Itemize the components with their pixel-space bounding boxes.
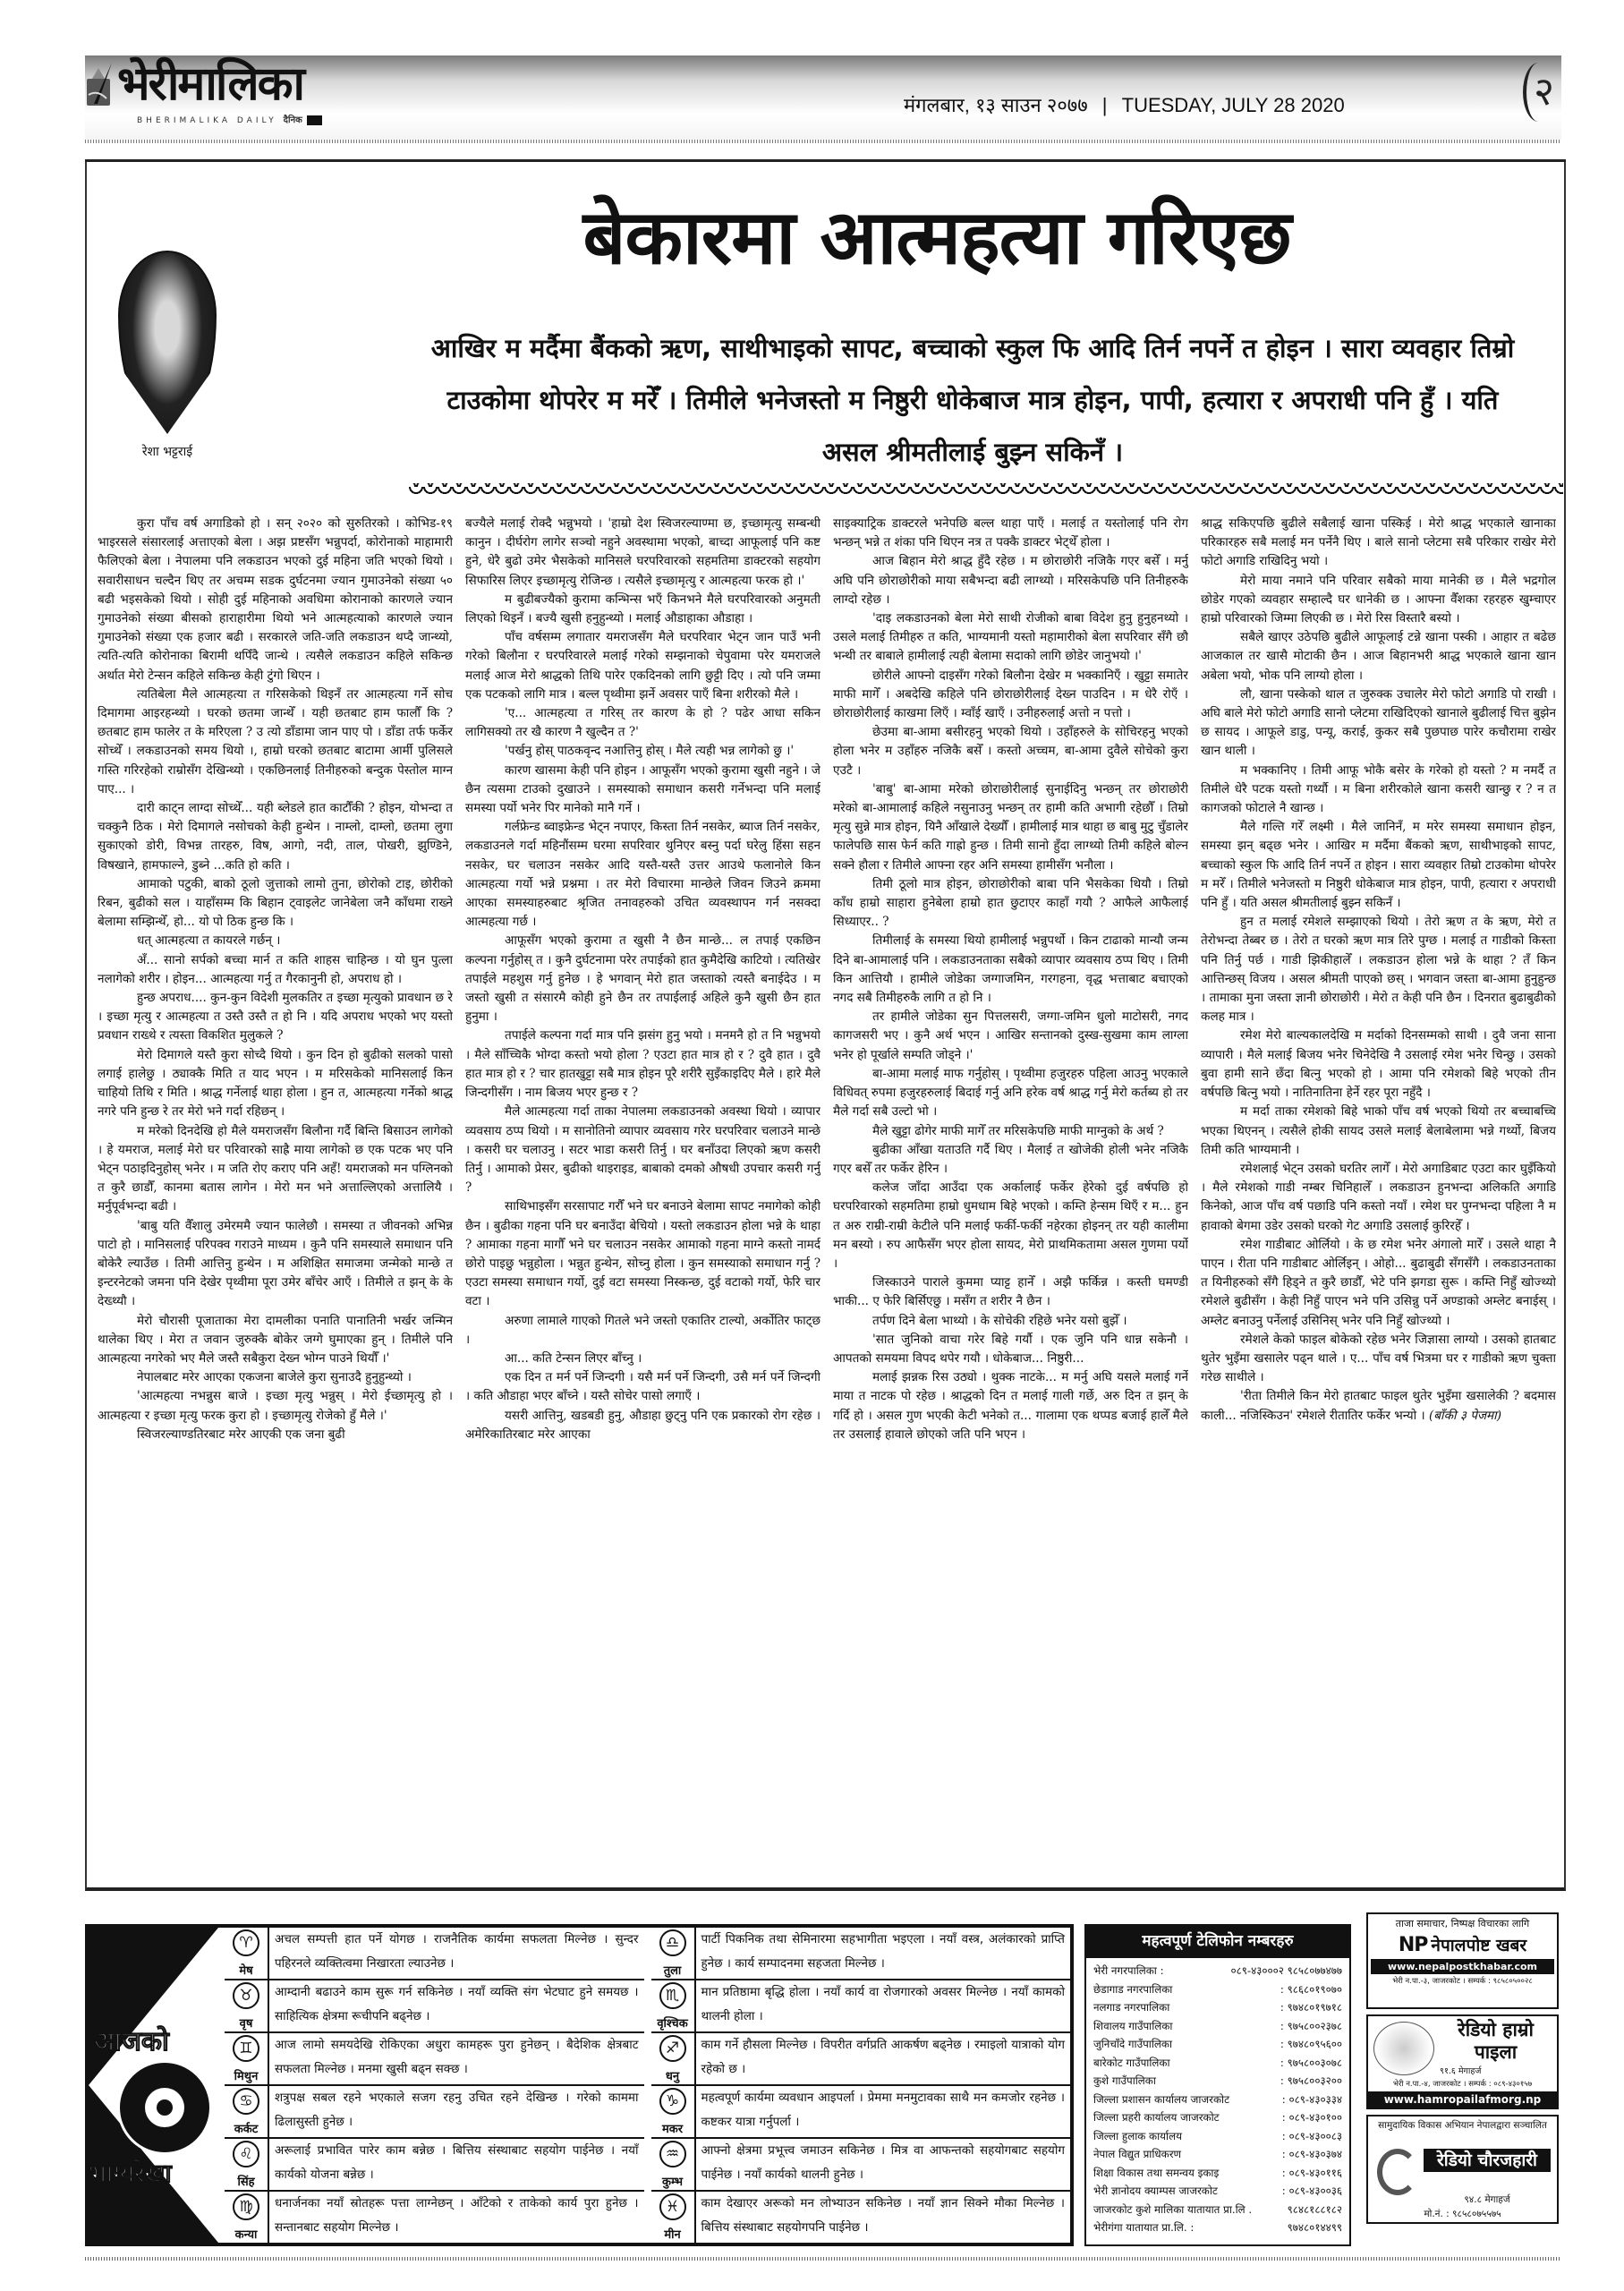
article-headline: बेकारमा आत्महत्या गरिएछ: [445, 188, 1429, 286]
article-paragraph: 'आत्महत्या नभन्नुस बाजे । इच्छा मृत्यु भ…: [98, 1387, 453, 1425]
phone-row: भेरी नगरपालिका : ०८९-४३०००२ ९८५८०७७४७७: [1093, 1962, 1342, 1980]
phone-number[interactable]: ९८४८१८८१८२: [1288, 2201, 1342, 2219]
sign-label: ♊ मिथुन: [225, 2033, 269, 2084]
sign-name: कन्या: [235, 2228, 258, 2242]
article-paragraph: 'दाइ लकडाउनको बेला मेरो साथी रोजीको बाबा…: [833, 609, 1188, 667]
author-photo: [118, 251, 217, 434]
horoscope-row: ♒ कुम्भ आफ्नो क्षेत्रमा प्रभूत्त्व जमाउन…: [651, 2139, 1071, 2192]
phone-row: जिल्ला प्रशासन कार्यालय जाजरकोट : ०८९-४३…: [1093, 2091, 1342, 2109]
article-paragraph: रमेशलाई भेट्न उसको घरतिर लागेँ । मेरो अग…: [1201, 1160, 1556, 1236]
sign-label: ♈ मेष: [225, 1928, 269, 1979]
phone-row: भेरीगंगा यातायात प्रा.लि. : ९७४८०१४४९९: [1093, 2219, 1342, 2237]
article-paragraph: रमेश मेरो बाल्यकालदेखि म मर्दाको दिनसम्म…: [1201, 1026, 1556, 1103]
article-paragraph: छोरीले आफ्नो दाइसँग गरेको बिलौना देखेर म…: [833, 667, 1188, 724]
sign-prediction: अचल सम्पत्ती हात पर्ने योगछ । राजनैतिक क…: [269, 1928, 644, 1979]
horoscope-row: ♐ धनु काम गर्ने हौसला मिल्नेछ । विपरीत व…: [651, 2033, 1071, 2086]
sign-name: वृश्चिक: [657, 2017, 687, 2031]
fish-icon: ♓: [659, 2193, 686, 2220]
article-paragraph: धत् आत्महत्या त कायरले गर्छन् ।: [98, 932, 453, 950]
horoscope-row: ♌ सिंह अरूलाई प्रभावित पारेर काम बन्नेछ …: [225, 2139, 644, 2192]
ad-radio-hamro-paila[interactable]: रेडियो हाम्रो पाइला ९१.६ मेगाहर्ज भेरी न…: [1366, 2014, 1559, 2109]
crab-icon: ♋: [233, 2088, 259, 2115]
phone-number[interactable]: ०८९-४३०००२ ९८५८०७७४७७: [1230, 1962, 1342, 1980]
phone-row: कुशे गाउँपालिका : ९७५८००३२००: [1093, 2072, 1342, 2091]
logo-subtitle: BHERIMALIKA DAILY दैनिक: [137, 113, 322, 125]
article-paragraph: श्राद्ध सकिएपछि बुढीले सबैलाई खाना पस्कि…: [1201, 515, 1556, 572]
horoscope-row: ♊ मिथुन आज लामो समयदेखि रोकिएका अधुरा का…: [225, 2033, 644, 2086]
phone-office-name: जुनिचाँदे गाउँपालिका: [1093, 2035, 1172, 2054]
horoscope-row: ♍ कन्या धनार्जनका नयाँ स्रोतहरू पत्ता ला…: [225, 2192, 644, 2243]
phone-row: नेपाल विद्युत प्राधिकरण : ०८९-४३०३७४: [1093, 2145, 1342, 2164]
sign-label: ♐ धनु: [651, 2033, 696, 2084]
article-paragraph: गर्लफ्रेन्ड ब्वाइफ्रेन्ड भेट्न नपाएर, कि…: [465, 818, 821, 932]
article-paragraph: 'ए... आत्महत्या त गरिस् तर कारण के हो ? …: [465, 704, 821, 742]
phone-number[interactable]: : ९७४८०१९७१८: [1280, 1998, 1342, 2017]
sign-prediction: पार्टी पिकनिक तथा सेमिनारमा सहभागीता भइए…: [696, 1928, 1071, 1979]
sign-label: ♑ मकर: [651, 2086, 696, 2137]
lion-icon: ♌: [233, 2141, 259, 2168]
bull-icon: ♉: [233, 1982, 259, 2009]
article-paragraph: म बुढीबज्यैको कुरामा कन्भिन्स भएँ किनभने…: [465, 591, 821, 628]
sign-name: सिंह: [237, 2176, 254, 2189]
phone-row: बारेकोट गाउँपालिका : ९७५८००३०७८: [1093, 2054, 1342, 2073]
article-paragraph: मेरो माया नमाने पनि परिवार सबैको माया मा…: [1201, 572, 1556, 629]
phone-number[interactable]: : ९८६८०१९०७०: [1280, 1980, 1342, 1999]
article-paragraph: आ... कति टेन्सन लिएर बाँच्नु ।: [465, 1350, 821, 1368]
article-column-3: साइक्याट्रिक डाक्टरले भनेपछि बल्ल थाहा प…: [833, 515, 1188, 1884]
article-paragraph: कलेज जाँदा आउँदा एक अर्कालाई फर्केर हेरे…: [833, 1179, 1188, 1273]
phone-number[interactable]: : ९७४८०९५६००: [1280, 2035, 1342, 2054]
sign-name: कर्कट: [234, 2123, 259, 2136]
phone-number[interactable]: : ०८९-४३००८३: [1282, 2127, 1342, 2146]
article-paragraph: मेरो दिमागले यस्तै कुरा सोच्दै थियो । कु…: [98, 1046, 453, 1122]
article-paragraph: नेपालबाट मरेर आएका एकजना बाजेले कुरा सुन…: [98, 1368, 453, 1387]
phone-number[interactable]: : ०८९-४३०३७४: [1282, 2145, 1342, 2164]
advertisements: ताजा समाचार, निष्पक्ष विचारका लागि NP ने…: [1366, 1912, 1559, 2229]
article-paragraph: कारण खासमा केही पनि होइन । आफूसँग भएको क…: [465, 762, 821, 819]
sign-label: ♎ तुला: [651, 1928, 696, 1979]
article-paragraph: मेरो चौरासी पूजाताका मेरा दामलीका पनाति …: [98, 1312, 453, 1369]
article-paragraph: म भक्कानिए । तिमी आफू भोकै बसेर के गरेको…: [1201, 762, 1556, 819]
phone-number[interactable]: : ९७५८००२३७८: [1280, 2017, 1342, 2036]
article-paragraph: तिमी ठूलो मात्र होइन, छोराछोरीको बाबा पन…: [833, 875, 1188, 933]
ad-nepalpost-khabar[interactable]: ताजा समाचार, निष्पक्ष विचारका लागि NP ने…: [1366, 1912, 1559, 2009]
twins-icon: ♊: [233, 2035, 259, 2062]
horoscope-row: ♉ वृष आम्दानी बढाउने काम सुरू गर्न सकिने…: [225, 1980, 644, 2033]
article: रेशा भट्टराई बेकारमा आत्महत्या गरिएछ आखि…: [85, 159, 1566, 1891]
hands-crescent-logo-icon: [1377, 2149, 1418, 2195]
phone-row: जिल्ला हुलाक कार्यालय : ०८९-४३००८३: [1093, 2127, 1342, 2146]
horoscope-column-left: ♈ मेष अचल सम्पत्ती हात पर्ने योगछ । राजन…: [225, 1928, 644, 2243]
horoscope-row: ♓ मीन काम देखाएर अरूको मन लोभ्याउन सकिने…: [651, 2192, 1071, 2243]
ad-organization: सामुदायिक विकास अभियान नेपालद्वारा सञ्चा…: [1371, 2119, 1554, 2132]
article-paragraph: हुन्छ अपराध.... कुन-कुन विदेशी मुलकतिर त…: [98, 989, 453, 1046]
sign-label: ♍ कन्या: [225, 2192, 269, 2243]
logo-subtitle-en: BHERIMALIKA DAILY: [137, 116, 277, 125]
article-deck: आखिर म मर्दैमा बैंकको ऋण, साथीभाइको सापट…: [422, 322, 1523, 478]
horoscope-row: ♑ मकर महत्वपूर्ण कार्यमा व्यवधान आइपर्ला…: [651, 2086, 1071, 2139]
phone-row: शिक्षा विकास तथा समन्वय इकाइ : ०८९-४३०११…: [1093, 2164, 1342, 2183]
goat-icon: ♑: [659, 2088, 686, 2115]
np-logo-icon: NP: [1399, 1934, 1428, 1956]
important-phone-numbers: महत्वपूर्ण टेलिफोन नम्बरहरु भेरी नगरपालि…: [1084, 1924, 1351, 2246]
article-paragraph: बुढीका आँखा यताउति गर्दै थिए । मैलाई त ख…: [833, 1141, 1188, 1179]
ad-radio-frequency: ९१.६ मेगाहर्ज: [1440, 2065, 1481, 2076]
article-paragraph: मैले गल्ति गरेँ लक्ष्मी । मैले जानिनँ, म…: [1201, 818, 1556, 913]
phone-office-name: नलगाड नगरपालिका: [1093, 1998, 1169, 2017]
ad-radio-frequency: ९४.८ मेगाहर्ज: [1424, 2193, 1551, 2206]
sign-prediction: मान प्रतिष्ठामा बृद्धि होला । नयाँ कार्य…: [696, 1980, 1071, 2031]
ad-url[interactable]: www.nepalpostkhabar.com: [1371, 1959, 1554, 1974]
article-paragraph: मैले खुट्टा ढोगेर माफी मागेँ तर मरिसकेपछ…: [833, 1122, 1188, 1141]
sign-name: मीन: [664, 2228, 680, 2242]
article-body: कुरा पाँच वर्ष अगाडिको हो । सन् २०२० को …: [98, 515, 1556, 1884]
phone-number[interactable]: : ९७५८००३०७८: [1280, 2054, 1342, 2073]
horoscope-grid: ♈ मेष अचल सम्पत्ती हात पर्ने योगछ । राजन…: [225, 1928, 1070, 2243]
horoscope-title-line2: भाग्यरेखा: [89, 2156, 172, 2190]
sign-name: वृष: [240, 2017, 253, 2031]
sign-label: ♉ वृष: [225, 1980, 269, 2031]
article-paragraph: आमाको पटुकी, बाको ठूलो जुत्ताको लामो तुन…: [98, 875, 453, 933]
phone-row: भेरी ज्ञानोदय क्याम्पस जाजरकोट : ०८९-४३०…: [1093, 2182, 1342, 2201]
article-paragraph: म मर्दा ताका रमेशको बिहे भाको पाँच वर्ष …: [1201, 1103, 1556, 1160]
ad-brand-name: नेपालपोष्ट खबर: [1431, 1933, 1526, 1956]
article-paragraph: मैले आत्महत्या गर्दा ताका नेपालमा लकडाउन…: [465, 1103, 821, 1197]
phone-number[interactable]: : ९७५८००३२००: [1280, 2072, 1342, 2091]
article-paragraph: तर्पण दिने बेला भाथ्यो । के सोचेकी रहिछे…: [833, 1312, 1188, 1331]
sign-name: मिथुन: [234, 2070, 259, 2083]
sign-name: मेष: [239, 1964, 252, 1978]
page-number: २: [1523, 63, 1554, 122]
article-paragraph: बज्यैले मलाई रोक्दै भन्नुभयो । 'हाम्रो द…: [465, 515, 821, 591]
author-byline: रेशा भट्टराई: [118, 443, 217, 460]
article-paragraph: एक दिन त मर्न पर्ने जिन्दगी । यसै मर्न प…: [465, 1368, 821, 1406]
archer-icon: ♐: [659, 2035, 686, 2062]
phone-office-name: शिवालय गाउँपालिका: [1093, 2017, 1172, 2036]
radio-map-logo-icon: [1373, 2022, 1434, 2075]
phone-number[interactable]: : ०८९-४३००३६: [1282, 2182, 1342, 2201]
masthead: भेरीमालिका BHERIMALIKA DAILY दैनिक मंगलब…: [85, 55, 1561, 140]
sign-name: धनु: [666, 2070, 679, 2083]
phone-office-name: छेडागाड नगरपालिका: [1093, 1980, 1172, 1999]
sign-name: मकर: [662, 2123, 683, 2136]
article-paragraph: तिमीलाई के समस्या थियो हामीलाई भन्नुपर्थ…: [833, 932, 1188, 1008]
ad-address: भेरी न.पा.-३, जाजरकोट । सम्पर्क : ९८५८०५…: [1371, 1976, 1554, 1986]
phone-office-name: जिल्ला हुलाक कार्यालय: [1093, 2127, 1182, 2146]
article-paragraph: साइक्याट्रिक डाक्टरले भनेपछि बल्ल थाहा प…: [833, 515, 1188, 552]
horoscope-row: ♏ वृश्चिक मान प्रतिष्ठामा बृद्धि होला । …: [651, 1980, 1071, 2033]
sign-label: ♋ कर्कट: [225, 2086, 269, 2137]
article-paragraph: आफूसँग भएको कुरामा त खुसी नै छैन मान्छे.…: [465, 932, 821, 1026]
logo-subtitle-np: दैनिक: [284, 115, 322, 125]
article-paragraph: मलाई झन्नक रिस उठ्यो । थुक्क नाटके... म …: [833, 1368, 1188, 1444]
water-bearer-icon: ♒: [659, 2141, 686, 2168]
phone-office-name: बारेकोट गाउँपालिका: [1093, 2054, 1170, 2073]
logo-title: भेरीमालिका: [117, 57, 303, 111]
horoscope-title-line1: आजको: [94, 2022, 169, 2058]
article-paragraph: आज बिहान मेरो श्राद्ध हुँदै रहेछ । म छोर…: [833, 552, 1188, 609]
phone-office-name: भेरी ज्ञानोदय क्याम्पस जाजरकोट: [1093, 2182, 1218, 2201]
scorpion-icon: ♏: [659, 1982, 686, 2009]
sign-name: तुला: [664, 1964, 682, 1978]
article-paragraph: त्यतिबेला मैले आत्महत्या त गरिसकेको थिइन…: [98, 686, 453, 799]
article-paragraph: तपाईले कल्पना गर्दा मात्र पनि झसंग हुनु …: [465, 1026, 821, 1103]
article-paragraph: रमेशले केको फाइल बोकेको रहेछ भनेर जिज्ञा…: [1201, 1331, 1556, 1388]
sign-name: कुम्भ: [662, 2176, 683, 2189]
phone-office-name: भेरीगंगा यातायात प्रा.लि. :: [1093, 2219, 1194, 2237]
horoscope-row: ♈ मेष अचल सम्पत्ती हात पर्ने योगछ । राजन…: [225, 1928, 644, 1980]
ad-brand: NP नेपालपोष्ट खबर: [1371, 1933, 1554, 1956]
sign-prediction: धनार्जनका नयाँ स्रोतहरू पत्ता लाग्नेछन् …: [269, 2192, 644, 2243]
wave-divider: [409, 483, 1563, 496]
horoscope-row: ♎ तुला पार्टी पिकनिक तथा सेमिनारमा सहभाग…: [651, 1928, 1071, 1980]
ad-address: भेरी न.पा.-४, जाजरकोट । सम्पर्क : ०८९-४३…: [1371, 2079, 1554, 2089]
ad-radio-name: रेडियो हाम्रो पाइला: [1440, 2019, 1552, 2064]
phone-office-name: जिल्ला प्रशासन कार्यालय जाजरकोट: [1093, 2091, 1229, 2109]
article-column-1: कुरा पाँच वर्ष अगाडिको हो । सन् २०२० को …: [98, 515, 453, 1884]
ad-mobile: मो.नं. : ९८५८०७५५७५: [1368, 2208, 1557, 2220]
continued-note: (बाँकी ३ पेजमा): [1425, 1409, 1501, 1423]
sign-label: ♒ कुम्भ: [651, 2139, 696, 2190]
article-paragraph: 'सात जुनिको वाचा गरेर बिहे गर्यौ । एक जु…: [833, 1331, 1188, 1368]
article-paragraph: तर हामीले जोडेका सुन पित्तलसरी, जग्गा-जम…: [833, 1008, 1188, 1065]
article-paragraph: 'बाबु' बा-आमा मरेको छोराछोरीलाई सुनाईदिन…: [833, 780, 1188, 875]
dateline: मंगलबार, १३ साउन २०७७ | TUESDAY, JULY 28…: [904, 91, 1345, 118]
sign-prediction: आज लामो समयदेखि रोकिएका अधुरा कामहरू पुर…: [269, 2033, 644, 2084]
phone-office-name: नेपाल विद्युत प्राधिकरण: [1093, 2145, 1181, 2164]
article-paragraph: साथिभाइसँग सरसापाट गरौँ भने घर बनाउने बे…: [465, 1197, 821, 1311]
phone-row: शिवालय गाउँपालिका : ९७५८००२३७८: [1093, 2017, 1342, 2036]
article-paragraph: हुन त मलाई रमेशले सम्झाएको थियो । तेरो ऋ…: [1201, 913, 1556, 1026]
phone-number[interactable]: : ०८९-४३०१००: [1282, 2108, 1342, 2127]
sign-label: ♌ सिंह: [225, 2139, 269, 2190]
ad-radio-name: रेडियो चौरजहारी: [1424, 2149, 1551, 2172]
sign-prediction: आम्दानी बढाउने काम सुरू गर्न सकिनेछ । नय…: [269, 1980, 644, 2031]
article-paragraph: 'पर्खनु होस् पाठकवृन्द नआत्तिनु होस् । म…: [465, 742, 821, 761]
scales-icon: ♎: [659, 1929, 686, 1956]
article-paragraph: दारी काट्न लाग्दा सोच्थेँ... यही ब्लेडले…: [98, 799, 453, 875]
phone-number[interactable]: : ०८९-४३०११६: [1282, 2164, 1342, 2183]
ram-icon: ♈: [233, 1929, 259, 1956]
article-paragraph: सबैले खाएर उठेपछि बुढीले आफूलाई टन्ने खा…: [1201, 628, 1556, 686]
horoscope-column-right: ♎ तुला पार्टी पिकनिक तथा सेमिनारमा सहभाग…: [651, 1928, 1071, 2243]
ad-radio-chaurjahari[interactable]: सामुदायिक विकास अभियान नेपालद्वारा सञ्चा…: [1366, 2115, 1559, 2224]
phone-row: जाजरकोट कुशे मालिका यातायात प्रा.लि . ९८…: [1093, 2201, 1342, 2219]
article-paragraph: यसरी आत्तिनु, खडबडी हुनु, औडाहा छुट्नु प…: [465, 1407, 821, 1444]
article-paragraph: म मरेको दिनदेखि हो मैले यमराजसँग बिलौना …: [98, 1122, 453, 1217]
sign-prediction: महत्वपूर्ण कार्यमा व्यवधान आइपर्ला । प्र…: [696, 2086, 1071, 2137]
article-paragraph: बा-आमा मलाई माफ गर्नुहोस् । पृथ्वीमा हजु…: [833, 1065, 1188, 1122]
sign-prediction: शत्रुपक्ष सबल रहने भएकाले सजग रहनु उचित …: [269, 2086, 644, 2137]
article-paragraph: छेउमा बा-आमा बसीरहनु भएको थियो । उहाँहरु…: [833, 723, 1188, 780]
article-paragraph: कुरा पाँच वर्ष अगाडिको हो । सन् २०२० को …: [98, 515, 453, 686]
phones-title: महत्वपूर्ण टेलिफोन नम्बरहरु: [1086, 1926, 1349, 1958]
ad-url[interactable]: www.hamropailafmorg.np: [1368, 2091, 1557, 2108]
zodiac-wheel-icon: [117, 2060, 212, 2155]
date-separator: |: [1102, 94, 1108, 116]
phone-number[interactable]: : ०८९-४३०३३४: [1282, 2091, 1342, 2109]
phone-office-name: भेरी नगरपालिका :: [1093, 1962, 1164, 1980]
article-paragraph: अँ... सानो सर्पको बच्चा मार्न त कति शाहस…: [98, 951, 453, 989]
bottom-rule: [85, 2257, 1561, 2261]
sign-label: ♓ मीन: [651, 2192, 696, 2243]
phone-office-name: जाजरकोट कुशे मालिका यातायात प्रा.लि .: [1093, 2201, 1252, 2219]
article-column-4: श्राद्ध सकिएपछि बुढीले सबैलाई खाना पस्कि…: [1201, 515, 1556, 1884]
sign-prediction: काम गर्ने हौसला मिल्नेछ । विपरीत वर्गप्र…: [696, 2033, 1071, 2084]
article-paragraph: जिस्काउने पाराले कुममा प्याट्ट हानेँ । अ…: [833, 1273, 1188, 1311]
article-paragraph: लौ, खाना पस्केको थाल त जुरुक्क उचालेर मे…: [1201, 686, 1556, 762]
horoscope-section: आजको भाग्यरेखा ♈ मेष अचल सम्पत्ती हात पर…: [85, 1924, 1074, 2246]
article-paragraph: 'बाबु यति वैँशालु उमेरममै ज्यान फालेछौ ।…: [98, 1217, 453, 1312]
sign-prediction: आफ्नो क्षेत्रमा प्रभूत्त्व जमाउन सकिनेछ …: [696, 2139, 1071, 2190]
article-paragraph: 'रीता तिमीले किन मेरो हातबाट फाइल थुतेर …: [1201, 1387, 1556, 1425]
newspaper-logo[interactable]: भेरीमालिका: [85, 57, 303, 111]
phone-office-name: जिल्ला प्रहरी कार्यालय जाजरकोट: [1093, 2108, 1220, 2127]
maiden-icon: ♍: [233, 2193, 259, 2220]
ad-tagline: ताजा समाचार, निष्पक्ष विचारका लागि: [1371, 1917, 1554, 1930]
phone-office-name: शिक्षा विकास तथा समन्वय इकाइ: [1093, 2164, 1219, 2183]
horoscope-banner: आजको भाग्यरेखा: [89, 1928, 218, 2243]
sign-prediction: अरूलाई प्रभावित पारेर काम बन्नेछ । बित्त…: [269, 2139, 644, 2190]
sign-label: ♏ वृश्चिक: [651, 1980, 696, 2031]
article-paragraph: पाँच वर्षसम्म लगातार यमराजसँग मैले घरपरि…: [465, 628, 821, 704]
phone-office-name: कुशे गाउँपालिका: [1093, 2072, 1156, 2091]
phone-number[interactable]: ९७४८०१४४९९: [1288, 2219, 1342, 2237]
phone-row: छेडागाड नगरपालिका : ९८६८०१९०७०: [1093, 1980, 1342, 1999]
article-paragraph: अरुणा लामाले गाएको गितले भने जस्तो एकाति…: [465, 1312, 821, 1350]
date-nepali: मंगलबार, १३ साउन २०७७: [904, 94, 1088, 116]
horoscope-row: ♋ कर्कट शत्रुपक्ष सबल रहने भएकाले सजग रह…: [225, 2086, 644, 2139]
date-english: TUESDAY, JULY 28 2020: [1122, 94, 1345, 116]
phones-list: भेरी नगरपालिका : ०८९-४३०००२ ९८५८०७७४७७छे…: [1086, 1958, 1349, 2241]
phone-row: जुनिचाँदे गाउँपालिका : ९७४८०९५६००: [1093, 2035, 1342, 2054]
article-paragraph: रमेश गाडीबाट ओर्लियो । के छ रमेश भनेर अं…: [1201, 1236, 1556, 1331]
article-column-2: बज्यैले मलाई रोक्दै भन्नुभयो । 'हाम्रो द…: [465, 515, 821, 1884]
phone-row: नलगाड नगरपालिका : ९७४८०१९७१८: [1093, 1998, 1342, 2017]
article-paragraph: स्विजरल्याण्डतिरबाट मरेर आएकी एक जना बुढ…: [98, 1426, 453, 1444]
phone-row: जिल्ला प्रहरी कार्यालय जाजरकोट : ०८९-४३०…: [1093, 2108, 1342, 2127]
temple-quill-icon: [85, 59, 115, 111]
sign-prediction: काम देखाएर अरूको मन लोभ्याउन सकिनेछ । नय…: [696, 2192, 1071, 2243]
